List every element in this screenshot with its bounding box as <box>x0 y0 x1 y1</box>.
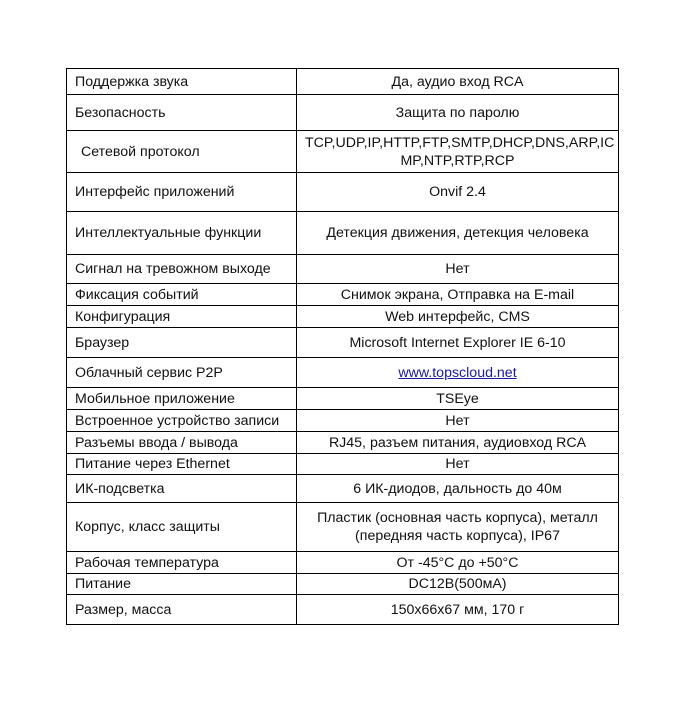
row-value: TCP,UDP,IP,HTTP,FTP,SMTP,DHCP,DNS,ARP,IC… <box>297 131 619 173</box>
row-label: Мобильное приложение <box>67 388 297 410</box>
row-label: ИК-подсветка <box>67 475 297 503</box>
row-value: Onvif 2.4 <box>297 173 619 212</box>
table-row: Конфигурация Web интерфейс, CMS <box>67 306 619 328</box>
table-row: Разъемы ввода / вывода RJ45, разъем пита… <box>67 432 619 454</box>
row-label: Конфигурация <box>67 306 297 328</box>
row-value: Да, аудио вход RCA <box>297 69 619 95</box>
row-label: Разъемы ввода / вывода <box>67 432 297 454</box>
row-value: Нет <box>297 410 619 432</box>
table-row: Корпус, класс защиты Пластик (основная ч… <box>67 503 619 552</box>
row-label: Питание <box>67 574 297 595</box>
row-label: Браузер <box>67 328 297 358</box>
row-value: 150x66x67 мм, 170 г <box>297 595 619 625</box>
table-row: Сетевой протокол TCP,UDP,IP,HTTP,FTP,SMT… <box>67 131 619 173</box>
row-value: Детекция движения, детекция человека <box>297 212 619 255</box>
row-label: Сигнал на тревожном выходе <box>67 255 297 284</box>
row-value: Снимок экрана, Отправка на E-mail <box>297 284 619 306</box>
cloud-service-link[interactable]: www.topscloud.net <box>398 365 516 381</box>
row-label: Безопасность <box>67 95 297 131</box>
table-row: Безопасность Защита по паролю <box>67 95 619 131</box>
row-value: TSEye <box>297 388 619 410</box>
table-row: Питание через Ethernet Нет <box>67 454 619 475</box>
table-row: Фиксация событий Снимок экрана, Отправка… <box>67 284 619 306</box>
row-label: Рабочая температура <box>67 552 297 574</box>
row-value: Защита по паролю <box>297 95 619 131</box>
table-row: Питание DC12В(500мА) <box>67 574 619 595</box>
row-label: Встроенное устройство записи <box>67 410 297 432</box>
row-label: Питание через Ethernet <box>67 454 297 475</box>
row-value-line: TCP,UDP,IP,HTTP,FTP,SMTP,DHCP,DNS,ARP,IC <box>305 134 610 152</box>
row-label: Интерфейс приложений <box>67 173 297 212</box>
table-row: Мобильное приложение TSEye <box>67 388 619 410</box>
row-label: Корпус, класс защиты <box>67 503 297 552</box>
row-value: Microsoft Internet Explorer IE 6-10 <box>297 328 619 358</box>
table-row: Облачный сервис P2P www.topscloud.net <box>67 358 619 388</box>
table-row: ИК-подсветка 6 ИК-диодов, дальность до 4… <box>67 475 619 503</box>
row-value: От -45°C до +50°C <box>297 552 619 574</box>
row-value: Нет <box>297 255 619 284</box>
row-value: www.topscloud.net <box>297 358 619 388</box>
table-row: Браузер Microsoft Internet Explorer IE 6… <box>67 328 619 358</box>
row-value: Нет <box>297 454 619 475</box>
row-value: Пластик (основная часть корпуса), металл… <box>297 503 619 552</box>
row-label: Фиксация событий <box>67 284 297 306</box>
row-value-line: (передняя часть корпуса), IP67 <box>305 527 610 545</box>
row-label: Облачный сервис P2P <box>67 358 297 388</box>
row-value: RJ45, разъем питания, аудиовход RCA <box>297 432 619 454</box>
table-row: Размер, масса 150x66x67 мм, 170 г <box>67 595 619 625</box>
table-row: Поддержка звука Да, аудио вход RCA <box>67 69 619 95</box>
row-label: Поддержка звука <box>67 69 297 95</box>
row-label: Интеллектуальные функции <box>67 212 297 255</box>
table-row: Сигнал на тревожном выходе Нет <box>67 255 619 284</box>
row-value-line: MP,NTP,RTP,RCP <box>305 152 610 170</box>
table-row: Встроенное устройство записи Нет <box>67 410 619 432</box>
row-value: 6 ИК-диодов, дальность до 40м <box>297 475 619 503</box>
table-row: Интерфейс приложений Onvif 2.4 <box>67 173 619 212</box>
row-value: DC12В(500мА) <box>297 574 619 595</box>
table-row: Интеллектуальные функции Детекция движен… <box>67 212 619 255</box>
row-label: Сетевой протокол <box>67 131 297 173</box>
row-value-line: Пластик (основная часть корпуса), металл <box>305 509 610 527</box>
row-label: Размер, масса <box>67 595 297 625</box>
spec-table: Поддержка звука Да, аудио вход RCA Безоп… <box>66 68 619 625</box>
table-row: Рабочая температура От -45°C до +50°C <box>67 552 619 574</box>
row-value: Web интерфейс, CMS <box>297 306 619 328</box>
